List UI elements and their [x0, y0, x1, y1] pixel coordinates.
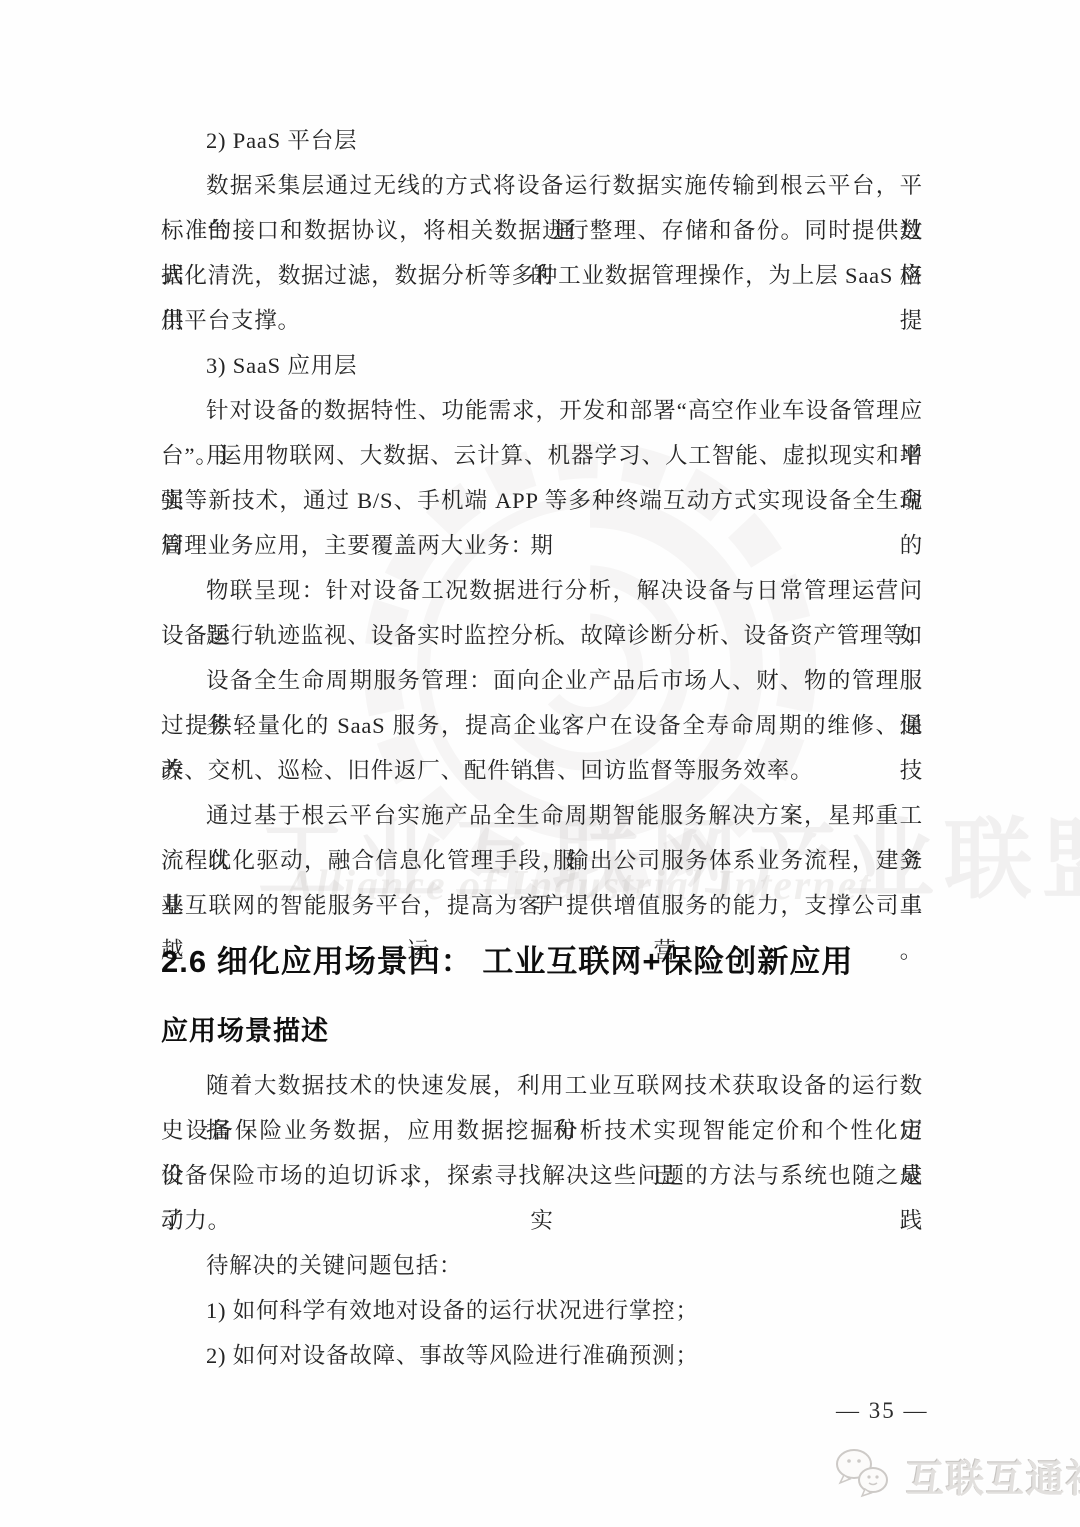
community-name: 互联互通社区: [906, 1448, 1080, 1503]
list-item: 2) 如何对设备故障、事故等风险进行准确预测；: [161, 1333, 923, 1378]
community-watermark: 互联互通社区: [832, 1444, 1080, 1507]
body-line: 标准的接口和数据协议，将相关数据进行整理、存储和备份。同时提供数据的格: [161, 208, 923, 253]
page-number: — 35 —: [836, 1398, 929, 1424]
body-text-block-2: 随着大数据技术的快速发展，利用工业互联网技术获取设备的运行数据和历 史设备保险业…: [161, 1063, 923, 1378]
body-line: 设备保险市场的迫切诉求，探索寻找解决这些问题的方法与系统也随之成了实践: [161, 1153, 923, 1198]
body-line: 业互联网的智能服务平台，提高为客户提供增值服务的能力，支撑公司卓越运营。: [161, 883, 923, 928]
subsection-heading: 应用场景描述: [161, 1009, 329, 1048]
body-line: 通过基于根云平台实施产品全生命周期智能服务解决方案，星邦重工以服务: [161, 793, 923, 838]
body-line: 台”。运用物联网、大数据、云计算、机器学习、人工智能、虚拟现实和增强现: [161, 433, 923, 478]
body-line: 过提供轻量化的 SaaS 服务，提高企业客户在设备全寿命周期的维修、保养、技: [161, 703, 923, 748]
body-line: 史设备保险业务数据，应用数据挖掘分析技术实现智能定价和个性化定价，已是: [161, 1108, 923, 1153]
body-line: 实等新技术，通过 B/S、手机端 APP 等多种终端互动方式实现设备全生命周期的: [161, 478, 923, 523]
body-line: 流程优化驱动，融合信息化管理手段，输出公司服务体系业务流程，建立基于工: [161, 838, 923, 883]
body-line: 数据采集层通过无线的方式将设备运行数据实施传输到根云平台，平台通过: [161, 163, 923, 208]
body-line: 设备全生命周期服务管理：面向企业产品后市场人、财、物的管理服务。通: [161, 658, 923, 703]
body-line: 随着大数据技术的快速发展，利用工业互联网技术获取设备的运行数据和历: [161, 1063, 923, 1108]
list-item: 2) PaaS 平台层: [161, 118, 923, 163]
document-page: 工业互联网产业联盟 Alliance of Industrial Interne…: [0, 0, 1080, 1527]
list-item: 1) 如何科学有效地对设备的运行状况进行掌控；: [161, 1288, 923, 1333]
body-line: 物联呈现：针对设备工况数据进行分析，解决设备与日常管理运营问题。如: [161, 568, 923, 613]
body-text-block-1: 2) PaaS 平台层 数据采集层通过无线的方式将设备运行数据实施传输到根云平台…: [161, 118, 923, 928]
section-heading: 2.6 细化应用场景四： 工业互联网+保险创新应用: [161, 936, 853, 981]
body-line: 式化清洗，数据过滤，数据分析等多种工业数据管理操作，为上层 SaaS 应用提: [161, 253, 923, 298]
body-line: 改、交机、巡检、旧件返厂、配件销售、回访监督等服务效率。: [161, 748, 923, 793]
body-line: 设备运行轨迹监视、设备实时监控分析、故障诊断分析、设备资产管理等；: [161, 613, 923, 658]
list-item: 3) SaaS 应用层: [161, 343, 923, 388]
body-line: 针对设备的数据特性、功能需求，开发和部署“高空作业车设备管理应用平: [161, 388, 923, 433]
body-line: 待解决的关键问题包括：: [161, 1243, 923, 1288]
chat-bubbles-icon: [832, 1444, 898, 1507]
